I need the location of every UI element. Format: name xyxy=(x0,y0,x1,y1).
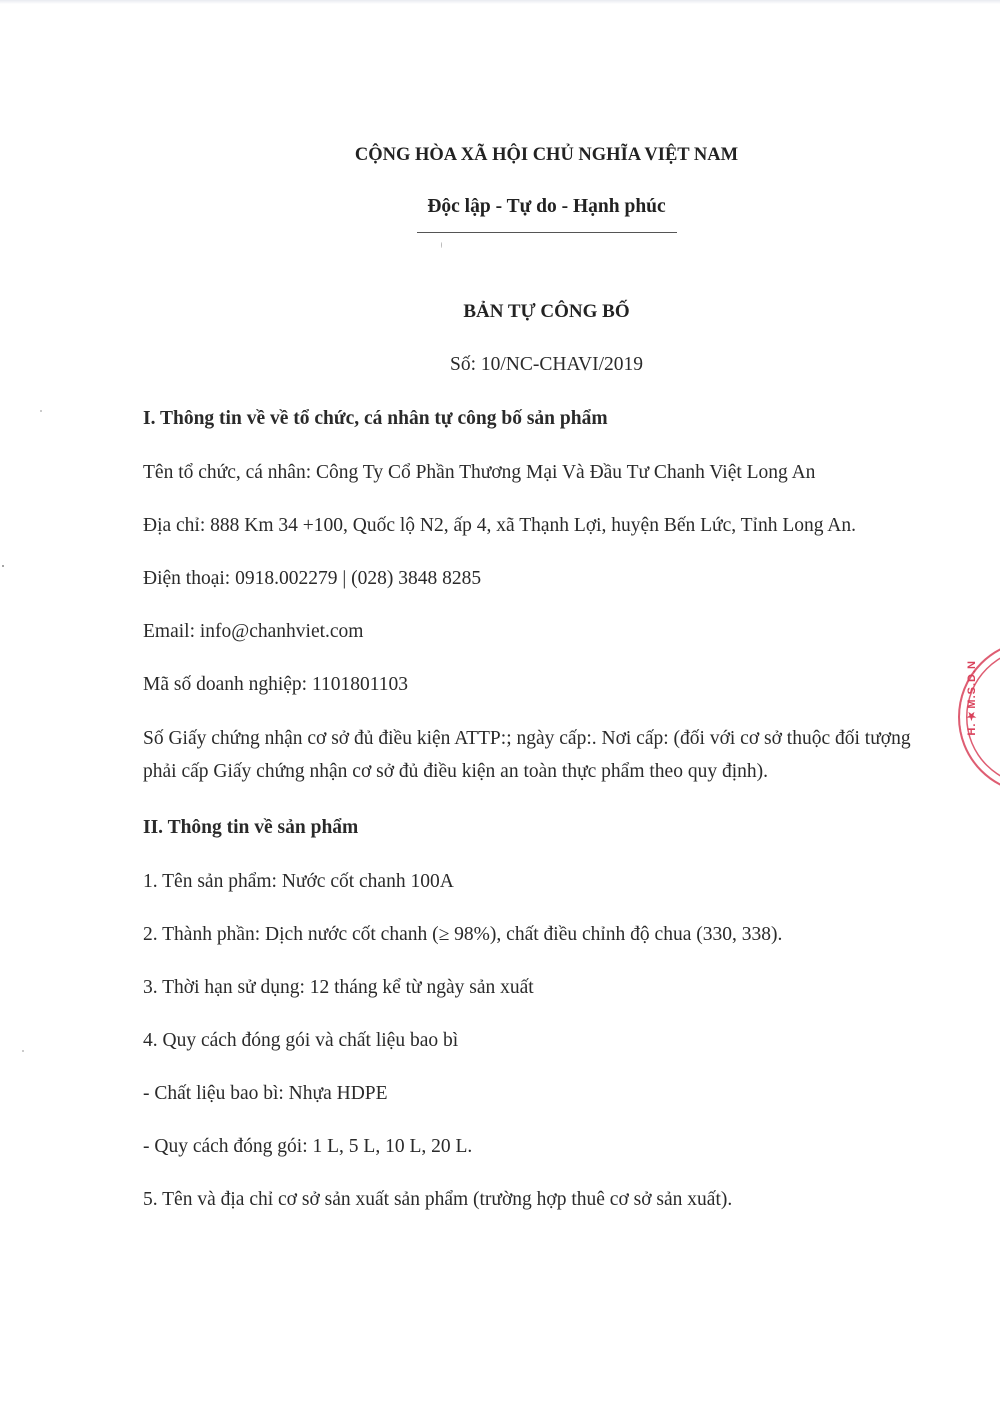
packaging-sizes: - Quy cách đóng gói: 1 L, 5 L, 10 L, 20 … xyxy=(143,1137,472,1157)
scan-speck xyxy=(441,242,442,248)
packaging-heading: 4. Quy cách đóng gói và chất liệu bao bì xyxy=(143,1031,458,1051)
product-name: 1. Tên sản phẩm: Nước cốt chanh 100A xyxy=(143,872,454,892)
scan-speck xyxy=(2,565,4,567)
organization-name: Tên tổ chức, cá nhân: Công Ty Cổ Phần Th… xyxy=(143,463,815,483)
packaging-material: - Chất liệu bao bì: Nhựa HDPE xyxy=(143,1084,388,1104)
ingredients: 2. Thành phần: Dịch nước cốt chanh (≥ 98… xyxy=(143,925,782,945)
document-number: Số: 10/NC-CHAVI/2019 xyxy=(0,355,1000,375)
manufacturer-info: 5. Tên và địa chỉ cơ sở sản xuất sản phẩ… xyxy=(143,1190,732,1210)
food-safety-certificate: Số Giấy chứng nhận cơ sở đủ điều kiện AT… xyxy=(143,722,943,788)
seal-text: H.★M.S.D.N xyxy=(965,660,978,736)
phone: Điện thoại: 0918.002279 | (028) 3848 828… xyxy=(143,569,481,589)
national-title: CỘNG HÒA XÃ HỘI CHỦ NGHĨA VIỆT NAM xyxy=(0,146,1000,165)
motto-underline xyxy=(417,232,677,233)
scan-speck xyxy=(40,410,42,412)
shelf-life: 3. Thời hạn sử dụng: 12 tháng kể từ ngày… xyxy=(143,978,534,998)
document-title: BẢN TỰ CÔNG BỐ xyxy=(0,302,1000,321)
email: Email: info@chanhviet.com xyxy=(143,622,363,642)
scan-edge xyxy=(0,0,1000,4)
section-1-heading: I. Thông tin về về tổ chức, cá nhân tự c… xyxy=(143,409,608,429)
national-motto: Độc lập - Tự do - Hạnh phúc xyxy=(0,197,1000,217)
scan-speck xyxy=(22,1050,24,1052)
address: Địa chỉ: 888 Km 34 +100, Quốc lộ N2, ấp … xyxy=(143,516,856,536)
section-2-heading: II. Thông tin về sản phẩm xyxy=(143,818,358,838)
tax-code: Mã số doanh nghiệp: 1101801103 xyxy=(143,675,408,695)
